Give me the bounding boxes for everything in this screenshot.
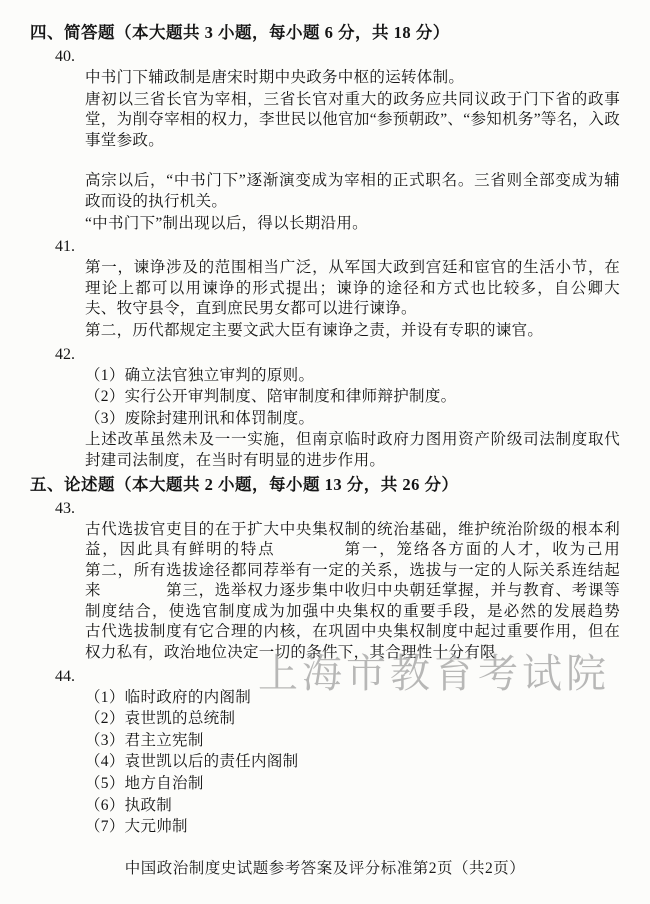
question-number: 42.: [55, 344, 650, 366]
answer-body: （1）临时政府的内阁制 （2）袁世凯的总统制 （3）君主立宪制 （4）袁世凯以后…: [85, 688, 620, 838]
answer-paragraph: 第一，谏诤涉及的范围相当广泛，从军国大政到宫廷和宦官的生活小节，在理论上都可以用…: [85, 258, 620, 320]
answer-paragraph: 古代选拔官吏目的在于扩大中央集权制的统治基础，维护统治阶级的根本利益，因此具有鲜…: [85, 520, 620, 664]
answer-paragraph: 上述改革虽然未及一一实施，但南京临时政府力图用资产阶级司法制度取代封建司法制度，…: [85, 430, 620, 471]
answer-list-item: （6）执政制: [85, 796, 620, 817]
question-number: 43.: [55, 498, 650, 520]
section-short-answer: 四、简答题（本大题共 3 小题，每小题 6 分，共 18 分） 40. 中书门下…: [0, 22, 650, 472]
scanned-answer-sheet-page: 四、简答题（本大题共 3 小题，每小题 6 分，共 18 分） 40. 中书门下…: [0, 0, 650, 904]
question-44: 44. （1）临时政府的内阁制 （2）袁世凯的总统制 （3）君主立宪制 （4）袁…: [0, 666, 650, 838]
section-heading: 五、论述题（本大题共 2 小题，每小题 13 分，共 26 分）: [30, 474, 620, 496]
section-essay: 五、论述题（本大题共 2 小题，每小题 13 分，共 26 分） 43. 古代选…: [0, 474, 650, 838]
question-41: 41. 第一，谏诤涉及的范围相当广泛，从军国大政到宫廷和宦官的生活小节，在理论上…: [0, 236, 650, 341]
question-42: 42. （1）确立法官独立审判的原则。 （2）实行公开审判制度、陪审制度和律师辩…: [0, 344, 650, 472]
page-footer: 中国政治制度史试题参考答案及评分标准第2页（共2页）: [0, 856, 650, 878]
question-number: 40.: [55, 46, 650, 68]
answer-paragraph: 唐初以三省长官为宰相，三省长官对重大的政务应共同议政于门下省的政事堂，为削夺宰相…: [85, 90, 620, 152]
answer-list-item: （7）大元帅制: [85, 817, 620, 838]
question-number: 44.: [55, 666, 650, 688]
question-number: 41.: [55, 236, 650, 258]
answer-body: （1）确立法官独立审判的原则。 （2）实行公开审判制度、陪审制度和律师辩护制度。…: [85, 366, 620, 472]
answer-paragraph: 高宗以后，“中书门下”逐渐演变成为宰相的正式职名。三省则全部变成为辅政而设的执行…: [85, 171, 620, 212]
answer-paragraph: “中书门下”制出现以后，得以长期沿用。: [85, 214, 620, 235]
question-40: 40. 中书门下辅政制是唐宋时期中央政务中枢的运转体制。 唐初以三省长官为宰相，…: [0, 46, 650, 234]
answer-list-item: （2）实行公开审判制度、陪审制度和律师辩护制度。: [85, 387, 620, 408]
answer-body: 第一，谏诤涉及的范围相当广泛，从军国大政到宫廷和宦官的生活小节，在理论上都可以用…: [85, 258, 620, 341]
answer-paragraph: 第二，历代都规定主要文武大臣有谏诤之责，并设有专职的谏官。: [85, 321, 620, 342]
answer-list-item: （1）确立法官独立审判的原则。: [85, 366, 620, 387]
question-43: 43. 古代选拔官吏目的在于扩大中央集权制的统治基础，维护统治阶级的根本利益，因…: [0, 498, 650, 664]
answer-list-item: （5）地方自治制: [85, 774, 620, 795]
answer-list-item: （1）临时政府的内阁制: [85, 688, 620, 709]
answer-list-item: （3）君主立宪制: [85, 731, 620, 752]
section-heading: 四、简答题（本大题共 3 小题，每小题 6 分，共 18 分）: [30, 22, 620, 44]
answer-paragraph: 中书门下辅政制是唐宋时期中央政务中枢的运转体制。: [85, 68, 620, 89]
answer-list-item: （3）废除封建刑讯和体罚制度。: [85, 409, 620, 430]
answer-body: 古代选拔官吏目的在于扩大中央集权制的统治基础，维护统治阶级的根本利益，因此具有鲜…: [85, 520, 620, 664]
answer-list-item: （4）袁世凯以后的责任内阁制: [85, 752, 620, 773]
answer-list-item: （2）袁世凯的总统制: [85, 709, 620, 730]
answer-body: 中书门下辅政制是唐宋时期中央政务中枢的运转体制。 唐初以三省长官为宰相，三省长官…: [85, 68, 620, 234]
